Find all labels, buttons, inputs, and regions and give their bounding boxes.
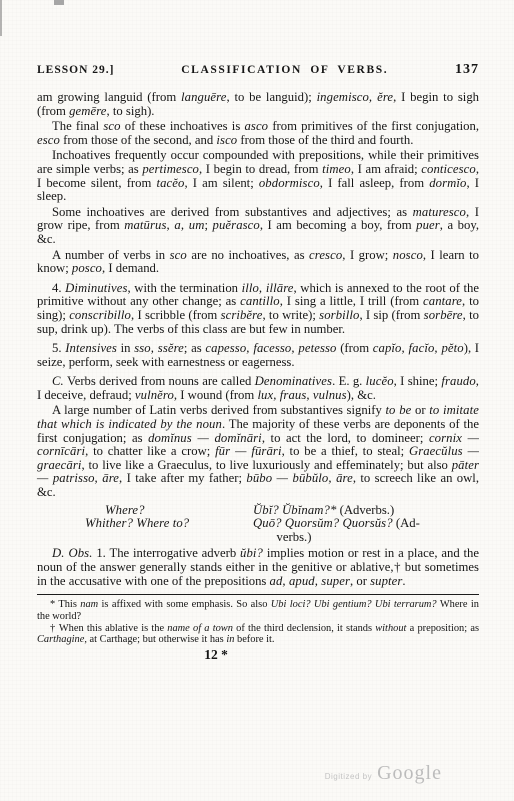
scanned-book-page: LESSON 29.] CLASSIFICATION OF VERBS. 137… — [0, 0, 514, 801]
scan-artifact-mark — [54, 0, 64, 5]
footnote-divider — [37, 594, 479, 595]
paragraph: am growing languid (from languēre, to be… — [37, 91, 479, 118]
watermark-prefix: Digitized by — [325, 772, 372, 781]
lesson-number: LESSON 29.] — [37, 64, 114, 76]
digitized-by-google-watermark: Digitized by Google — [325, 762, 442, 785]
footnote-dagger: † When this ablative is the name of a to… — [37, 623, 479, 646]
table-cell-latin: Quō? Quorsŭm? Quorsŭs? (Ad- — [253, 517, 479, 531]
paragraph-intensives: 5. Intensives in sso, ssĕre; as capesso,… — [37, 342, 479, 369]
table-row: Where? Ŭbĭ? Ŭbĭnam?* (Adverbs.) — [37, 504, 479, 518]
running-head: LESSON 29.] CLASSIFICATION OF VERBS. 137 — [37, 62, 479, 78]
adverb-table: Where? Ŭbĭ? Ŭbĭnam?* (Adverbs.) Whither?… — [37, 504, 479, 545]
google-logo-text: Google — [377, 762, 442, 785]
page-title: CLASSIFICATION OF VERBS. — [181, 64, 388, 76]
paragraph: A large number of Latin verbs derived fr… — [37, 404, 479, 499]
paragraph: A number of verbs in sco are no inchoati… — [37, 249, 479, 276]
scan-artifact-edge — [0, 0, 2, 36]
table-cell-english: Whither? Where to? — [37, 517, 253, 531]
footnotes: * This nam is affixed with some emphasis… — [37, 599, 479, 646]
paragraph: Inchoatives frequently occur compounded … — [37, 149, 479, 203]
paragraph: Some inchoatives are derived from substa… — [37, 206, 479, 247]
footnote-asterisk: * This nam is affixed with some emphasis… — [37, 599, 479, 622]
paragraph-denominatives: C. Verbs derived from nouns are called D… — [37, 375, 479, 402]
paragraph: The final sco of these inchoatives is as… — [37, 120, 479, 147]
page-content: LESSON 29.] CLASSIFICATION OF VERBS. 137… — [37, 62, 479, 663]
table-cell-english: Where? — [37, 504, 253, 518]
table-wrap-continuation: verbs.) — [37, 531, 479, 545]
paragraph-observation: D. Obs. 1. The interrogative adverb ŭbi?… — [37, 547, 479, 588]
table-cell-latin: Ŭbĭ? Ŭbĭnam?* (Adverbs.) — [253, 504, 479, 518]
body-text: am growing languid (from languēre, to be… — [37, 91, 479, 588]
page-number: 137 — [455, 62, 479, 78]
paragraph-diminutives: 4. Diminutives, with the termination ill… — [37, 282, 479, 336]
signature-mark: 12 * — [0, 647, 437, 663]
table-row: Whither? Where to? Quō? Quorsŭm? Quorsŭs… — [37, 517, 479, 531]
